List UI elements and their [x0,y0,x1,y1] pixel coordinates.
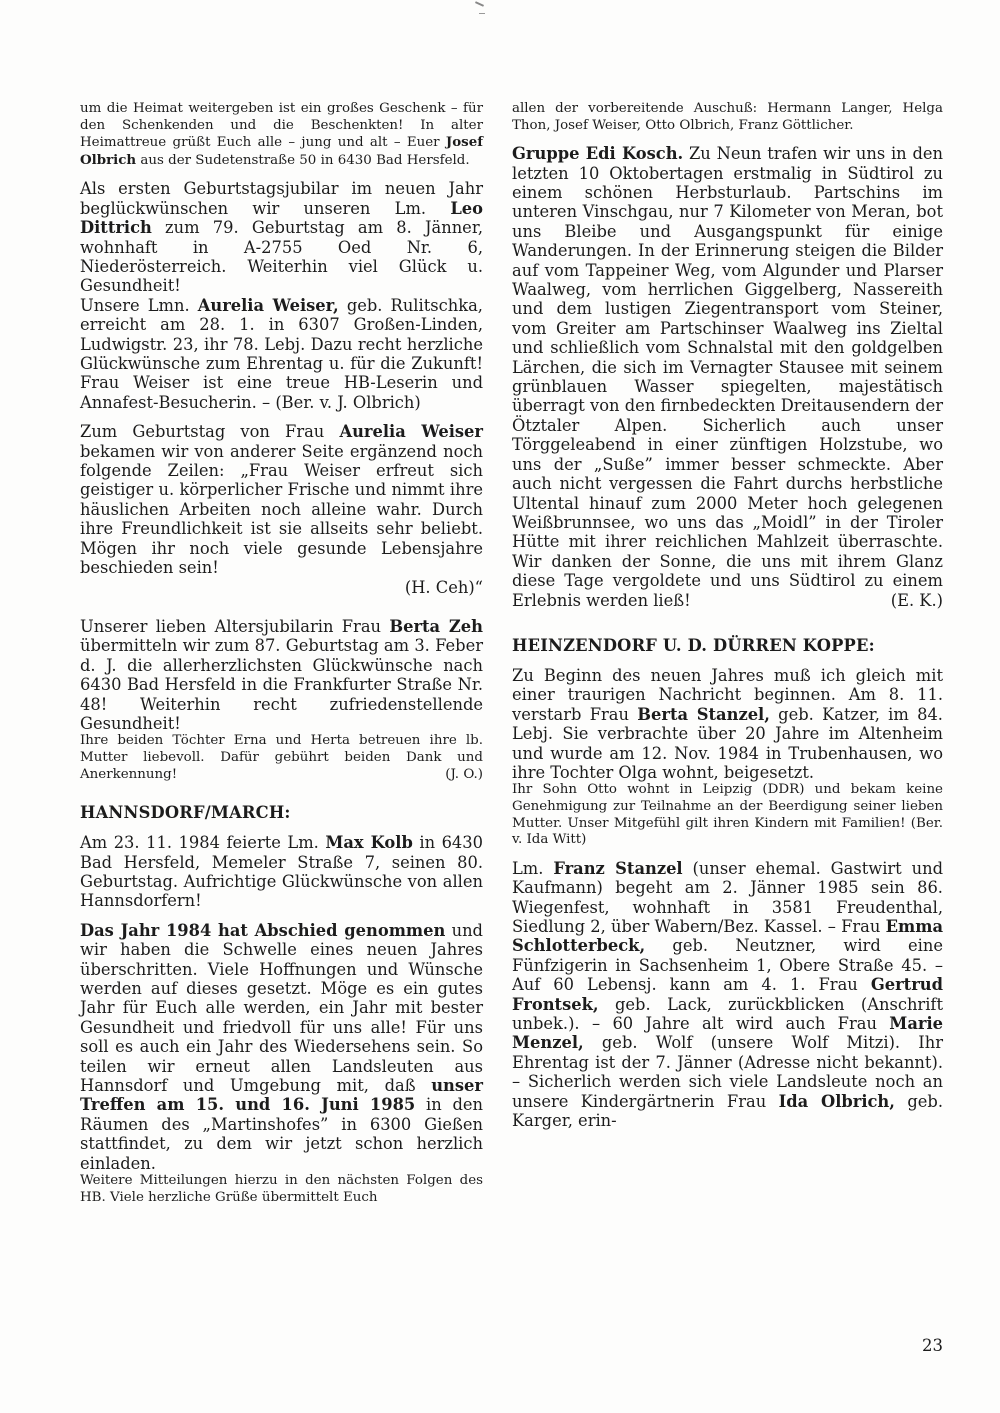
paragraph-max-kolb: Am 23. 11. 1984 feierte Lm. Max Kolb in … [80,833,483,911]
paragraph-ausschuss: allen der vorbereitende Auschuß: Hermann… [512,101,943,134]
lead-gruppe-edi-kosch: Gruppe Edi Kosch. [512,144,683,163]
scan-artifact [475,1,484,7]
paragraph-aurelia-weiser: Unsere Lmn. Aurelia Weiser, geb. Rulitsc… [80,296,483,412]
paragraph-aurelia-weiser-addendum: Zum Geburtstag von Frau Aurelia Weiser b… [80,422,483,597]
paragraph-gruppe-edi-kosch: Gruppe Edi Kosch. Zu Neun trafen wir uns… [512,144,943,610]
signature-e-k: (E. K.) [891,591,943,610]
name-max-kolb: Max Kolb [325,833,413,852]
paragraph-leo-dittrich: Als ersten Geburtstagsjubilar im neuen J… [80,179,483,295]
paragraph-sohn-otto: Ihr Sohn Otto wohnt in Leipzig (DDR) und… [512,782,943,848]
left-column: um die Heimat weitergeben ist ein großes… [80,101,483,1206]
name-franz-stanzel: Franz Stanzel [553,859,682,878]
scan-artifact [479,13,485,14]
paragraph-berta-zeh-daughters: Ihre beiden Töchter Erna und Herta betre… [80,733,483,783]
section-heading-heinzendorf: HEINZENDORF U. D. DÜRREN KOPPE: [512,636,943,656]
name-berta-zeh: Berta Zeh [389,617,483,636]
paragraph-berta-stanzel: Zu Beginn des neuen Jahres muß ich gleic… [512,666,943,782]
right-column: allen der vorbereitende Auschuß: Hermann… [512,101,943,1130]
section-heading-hannsdorf: HANNSDORF/MARCH: [80,803,483,823]
paragraph-heimat-closing: um die Heimat weitergeben ist ein großes… [80,101,483,169]
signature-j-o: (J. O.) [445,767,483,784]
paragraph-berta-zeh: Unserer lieben Altersjubilarin Frau Bert… [80,617,483,733]
name-berta-stanzel: Berta Stanzel, [637,705,770,724]
page-number: 23 [922,1336,943,1355]
name-ida-olbrich: Ida Olbrich, [779,1092,895,1111]
paragraph-birthdays: Lm. Franz Stanzel (unser ehemal. Gastwir… [512,859,943,1131]
name-aurelia-weiser: Aurelia Weiser, [198,296,339,315]
paragraph-weitere-mitteilungen: Weitere Mitteilungen hierzu in den nächs… [80,1173,483,1206]
signature-h-ceh: (H. Ceh)“ [80,578,483,597]
lead-jahr-1984: Das Jahr 1984 hat Abschied genommen [80,921,445,940]
paragraph-jahr-1984: Das Jahr 1984 hat Abschied genommen und … [80,921,483,1173]
name-aurelia-weiser-2: Aurelia Weiser [339,422,483,441]
